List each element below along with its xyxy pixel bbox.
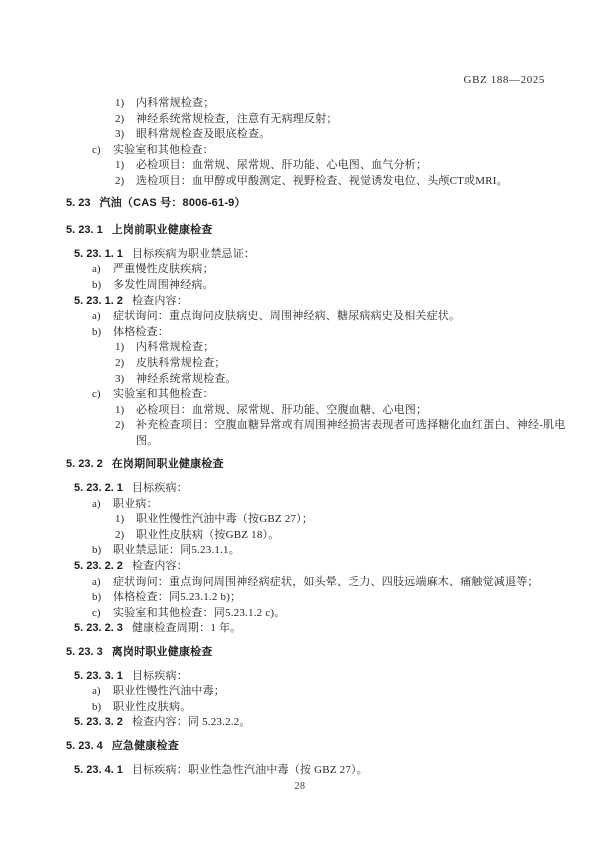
line-text: 补充检查项目：空腹血糖异常或有周围神经损害表现者可选择糖化血红蛋白、神经-肌电	[136, 418, 565, 434]
clause-line: 5. 23. 2. 2检查内容：	[74, 559, 555, 575]
line-text: 健康检查周期：1 年。	[132, 621, 241, 637]
list-marker: b)	[92, 700, 113, 716]
clause-number: 5. 23. 2	[66, 457, 103, 473]
line-text: 实验室和其他检查：	[113, 143, 214, 159]
section-heading: 5. 23. 1上岗前职业健康检查	[66, 223, 555, 239]
line-text: 皮肤科常规检查；	[136, 356, 226, 372]
line-text: 内科常规检查；	[136, 96, 214, 112]
list-marker: 1)	[115, 403, 136, 419]
list-item-num: 2)神经系统常规检查，注意有无病理反射；	[115, 112, 555, 128]
line-text: 职业性慢性汽油中毒（按GBZ 27）；	[136, 512, 313, 528]
clause-number: 5. 23. 1. 1	[74, 247, 123, 263]
list-marker: a)	[92, 684, 113, 700]
list-item-num: 1)内科常规检查；	[115, 96, 555, 112]
list-marker: 3)	[115, 372, 136, 388]
clause-line: 5. 23. 1. 1目标疾病为职业禁忌证：	[74, 247, 555, 263]
list-marker: a)	[92, 575, 113, 591]
line-text: 图。	[136, 434, 158, 450]
list-item-alpha: a)症状询问：重点询问周围神经病症状，如头晕、乏力、四肢远端麻木、痛触觉减退等；	[92, 575, 555, 591]
list-item-num: 2)职业性皮肤病（按GBZ 18）。	[115, 528, 555, 544]
list-marker: b)	[92, 325, 113, 341]
list-marker: 3)	[115, 127, 136, 143]
clause-number: 5. 23. 3. 2	[74, 715, 123, 731]
section-heading: 5. 23. 4应急健康检查	[66, 739, 555, 755]
line-text: 体格检查：	[113, 325, 169, 341]
line-text: 必检项目：血常规、尿常规、肝功能、心电图、血气分析；	[136, 158, 427, 174]
list-marker: a)	[92, 309, 113, 325]
line-text: 检查内容：同 5.23.2.2。	[132, 715, 251, 731]
standard-number: GBZ 188—2025	[464, 74, 545, 86]
list-marker: 1)	[115, 512, 136, 528]
clause-line: 5. 23. 3. 1目标疾病：	[74, 669, 555, 685]
line-text: 在岗期间职业健康检查	[112, 457, 224, 473]
line-text: 多发性周围神经病。	[113, 278, 214, 294]
list-item-alpha: c)实验室和其他检查：	[92, 387, 555, 403]
list-marker: 1)	[115, 340, 136, 356]
list-item-num: 1)职业性慢性汽油中毒（按GBZ 27）；	[115, 512, 555, 528]
line-text: 眼科常规检查及眼底检查。	[136, 127, 270, 143]
clause-number: 5. 23. 4. 1	[74, 763, 123, 779]
document-page: GBZ 188—2025 1)内科常规检查；2)神经系统常规检查，注意有无病理反…	[0, 0, 600, 848]
list-item-num: 2)选检项目：血甲醇或甲酸测定、视野检查、视觉诱发电位、头颅CT或MRI。	[115, 174, 555, 190]
list-marker: 2)	[115, 418, 136, 434]
list-item-alpha: a)严重慢性皮肤疾病；	[92, 262, 555, 278]
section-heading: 5. 23汽油（CAS 号：8006-61-9）	[66, 196, 555, 212]
list-marker: b)	[92, 543, 113, 559]
list-item-alpha: b)体格检查：	[92, 325, 555, 341]
clause-number: 5. 23. 1. 2	[74, 294, 123, 310]
line-text: 应急健康检查	[112, 739, 179, 755]
page-number: 28	[295, 781, 306, 792]
line-text: 职业性皮肤病。	[113, 700, 191, 716]
continuation-line: 图。	[136, 434, 555, 450]
line-text: 职业病：	[113, 497, 158, 513]
list-marker: b)	[92, 278, 113, 294]
clause-number: 5. 23. 1	[66, 223, 103, 239]
line-text: 症状询问：重点询问皮肤病史、周围神经病、糖尿病病史及相关症状。	[113, 309, 460, 325]
line-text: 检查内容：	[132, 294, 188, 310]
list-marker: 2)	[115, 356, 136, 372]
clause-number: 5. 23	[66, 196, 90, 212]
clause-number: 5. 23. 2. 3	[74, 621, 123, 637]
line-text: 内科常规检查；	[136, 340, 214, 356]
line-text: 职业性皮肤病（按GBZ 18）。	[136, 528, 279, 544]
line-text: 神经系统常规检查。	[136, 372, 237, 388]
list-marker: a)	[92, 497, 113, 513]
clause-line: 5. 23. 1. 2检查内容：	[74, 294, 555, 310]
line-text: 目标疾病：	[132, 481, 188, 497]
list-marker: b)	[92, 590, 113, 606]
list-marker: a)	[92, 262, 113, 278]
section-heading: 5. 23. 3离岗时职业健康检查	[66, 645, 555, 661]
line-text: 神经系统常规检查，注意有无病理反射；	[136, 112, 338, 128]
line-text: 上岗前职业健康检查	[112, 223, 213, 239]
line-text: 目标疾病：	[132, 669, 188, 685]
list-item-num: 2)皮肤科常规检查；	[115, 356, 555, 372]
document-content: 1)内科常规检查；2)神经系统常规检查，注意有无病理反射；3)眼科常规检查及眼底…	[66, 96, 555, 778]
list-marker: 2)	[115, 528, 136, 544]
list-item-alpha: b)职业性皮肤病。	[92, 700, 555, 716]
line-text: 汽油（CAS 号：8006-61-9）	[99, 196, 245, 212]
clause-number: 5. 23. 4	[66, 739, 103, 755]
line-text: 实验室和其他检查：	[113, 387, 214, 403]
line-text: 选检项目：血甲醇或甲酸测定、视野检查、视觉诱发电位、头颅CT或MRI。	[136, 174, 508, 190]
line-text: 检查内容：	[132, 559, 188, 575]
line-text: 实验室和其他检查：同5.23.1.2 c)。	[113, 606, 285, 622]
list-item-alpha: a)职业性慢性汽油中毒；	[92, 684, 555, 700]
list-marker: 1)	[115, 158, 136, 174]
list-marker: c)	[92, 606, 113, 622]
list-marker: 2)	[115, 174, 136, 190]
list-item-alpha: c)实验室和其他检查：	[92, 143, 555, 159]
line-text: 体格检查：同5.23.1.2 b)；	[113, 590, 241, 606]
list-item-alpha: a)职业病：	[92, 497, 555, 513]
list-marker: 1)	[115, 96, 136, 112]
list-marker: c)	[92, 143, 113, 159]
clause-line: 5. 23. 2. 3健康检查周期：1 年。	[74, 621, 555, 637]
clause-number: 5. 23. 3. 1	[74, 669, 123, 685]
line-text: 症状询问：重点询问周围神经病症状，如头晕、乏力、四肢远端麻木、痛触觉减退等；	[113, 575, 539, 591]
section-heading: 5. 23. 2在岗期间职业健康检查	[66, 457, 555, 473]
line-text: 离岗时职业健康检查	[112, 645, 213, 661]
list-item-alpha: b)体格检查：同5.23.1.2 b)；	[92, 590, 555, 606]
clause-line: 5. 23. 2. 1目标疾病：	[74, 481, 555, 497]
clause-number: 5. 23. 2. 2	[74, 559, 123, 575]
line-text: 职业禁忌证：同5.23.1.1。	[113, 543, 240, 559]
list-item-alpha: a)症状询问：重点询问皮肤病史、周围神经病、糖尿病病史及相关症状。	[92, 309, 555, 325]
list-item-alpha: b)职业禁忌证：同5.23.1.1。	[92, 543, 555, 559]
line-text: 必检项目：血常规、尿常规、肝功能、空腹血糖、心电图；	[136, 403, 427, 419]
line-text: 目标疾病：职业性急性汽油中毒（按 GBZ 27）。	[132, 763, 368, 779]
list-marker: c)	[92, 387, 113, 403]
clause-line: 5. 23. 4. 1目标疾病：职业性急性汽油中毒（按 GBZ 27）。	[74, 763, 555, 779]
list-item-num: 1)必检项目：血常规、尿常规、肝功能、空腹血糖、心电图；	[115, 403, 555, 419]
line-text: 目标疾病为职业禁忌证：	[132, 247, 255, 263]
list-item-num: 1)内科常规检查；	[115, 340, 555, 356]
page-footer: 28	[0, 781, 600, 792]
line-text: 职业性慢性汽油中毒；	[113, 684, 225, 700]
list-marker: 2)	[115, 112, 136, 128]
line-text: 严重慢性皮肤疾病；	[113, 262, 214, 278]
list-item-num: 3)神经系统常规检查。	[115, 372, 555, 388]
clause-line: 5. 23. 3. 2检查内容：同 5.23.2.2。	[74, 715, 555, 731]
list-item-num: 1)必检项目：血常规、尿常规、肝功能、心电图、血气分析；	[115, 158, 555, 174]
list-item-num: 3)眼科常规检查及眼底检查。	[115, 127, 555, 143]
list-item-alpha: c)实验室和其他检查：同5.23.1.2 c)。	[92, 606, 555, 622]
page-header: GBZ 188—2025	[464, 74, 545, 86]
clause-number: 5. 23. 3	[66, 645, 103, 661]
list-item-num: 2)补充检查项目：空腹血糖异常或有周围神经损害表现者可选择糖化血红蛋白、神经-肌…	[115, 418, 555, 434]
list-item-alpha: b)多发性周围神经病。	[92, 278, 555, 294]
clause-number: 5. 23. 2. 1	[74, 481, 123, 497]
